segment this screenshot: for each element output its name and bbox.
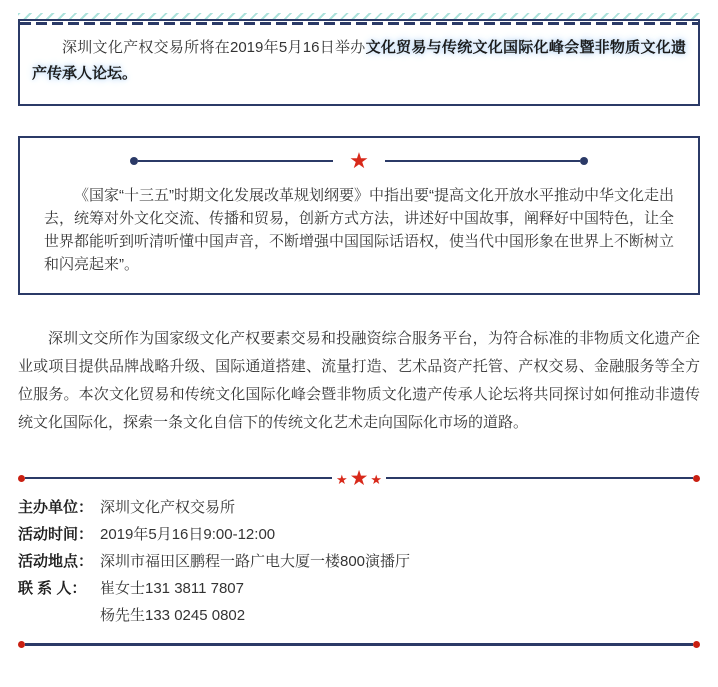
detail-label: 活动时间： [18, 521, 100, 548]
star-icon: ★ [336, 473, 348, 489]
event-details: 主办单位： 深圳文化产权交易所 活动时间： 2019年5月16日9:00-12:… [18, 494, 700, 629]
dot-icon [580, 157, 588, 165]
rule-line [138, 160, 333, 162]
detail-organizer: 主办单位： 深圳文化产权交易所 [18, 494, 700, 521]
detail-time: 活动时间： 2019年5月16日9:00-12:00 [18, 521, 700, 548]
detail-label: 联 系 人： [18, 575, 100, 602]
detail-value: 2019年5月16日9:00-12:00 [100, 521, 700, 548]
star-trio-icon: ★ ★ ★ [336, 468, 382, 489]
detail-label: 活动地点： [18, 548, 100, 575]
three-star-divider: ★ ★ ★ [18, 467, 700, 489]
dot-icon [693, 475, 700, 482]
detail-label-spacer [18, 602, 100, 629]
detail-value: 深圳文化产权交易所 [100, 494, 700, 521]
announcement-box: 深圳文化产权交易所将在2019年5月16日举办文化贸易与传统文化国际化峰会暨非物… [18, 19, 700, 106]
rule-line [385, 160, 580, 162]
dashed-line-decoration [20, 22, 698, 25]
quote-box: ★ 《国家“十三五”时期文化发展改革规划纲要》中指出要“提高文化开放水平推动中华… [18, 136, 700, 295]
intro-paragraph: 深圳文交所作为国家级文化产权要素交易和投融资综合服务平台，为符合标准的非物质文化… [18, 325, 700, 437]
detail-contact-2: 杨先生133 0245 0802 [18, 602, 700, 629]
end-divider [18, 641, 700, 648]
detail-label: 主办单位： [18, 494, 100, 521]
star-rule-decoration: ★ [130, 150, 588, 172]
dot-icon [18, 475, 25, 482]
rule-line [25, 643, 693, 646]
detail-location: 活动地点： 深圳市福田区鹏程一路广电大厦一楼800演播厅 [18, 548, 700, 575]
star-icon: ★ [349, 150, 369, 172]
detail-value: 杨先生133 0245 0802 [100, 602, 700, 629]
dot-icon [18, 641, 25, 648]
detail-value: 崔女士131 3811 7807 [100, 575, 700, 602]
article-page: 深圳文化产权交易所将在2019年5月16日举办文化贸易与传统文化国际化峰会暨非物… [0, 0, 718, 648]
announcement-lead: 深圳文化产权交易所将在2019年5月16日举办 [62, 39, 366, 56]
dot-icon [693, 641, 700, 648]
detail-contact-1: 联 系 人： 崔女士131 3811 7807 [18, 575, 700, 602]
star-icon: ★ [370, 473, 382, 489]
announcement-text: 深圳文化产权交易所将在2019年5月16日举办文化贸易与传统文化国际化峰会暨非物… [32, 35, 686, 87]
rule-line [386, 477, 693, 479]
dot-icon [130, 157, 138, 165]
detail-value: 深圳市福田区鹏程一路广电大厦一楼800演播厅 [100, 548, 700, 575]
rule-line [25, 477, 332, 479]
star-icon: ★ [350, 468, 369, 489]
policy-quote-text: 《国家“十三五”时期文化发展改革规划纲要》中指出要“提高文化开放水平推动中华文化… [44, 184, 674, 276]
